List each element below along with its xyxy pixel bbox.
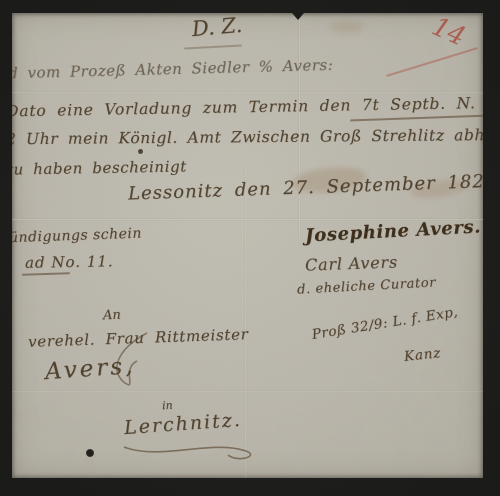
registry-note-line-2: Kanz [403,345,442,365]
paper-edge-notch [292,13,304,20]
signature-curator-title: d. eheliche Curator [297,275,437,297]
address-flourish [107,331,167,391]
lerchnitz-flourish [120,439,280,465]
docket-underline [184,44,242,49]
left-note-underline [22,272,70,275]
letter-photograph: 14 D. Z. d vom Prozeß Akten Siedler % Av… [0,0,500,496]
body-line-3: zu haben bescheinigt [12,157,187,178]
body-line-2: 2 Uhr mein Königl. Amt Zwischen Groß Str… [12,126,483,149]
address-line-in: in [162,399,173,413]
red-crayon-streak [386,47,478,77]
fold-crease-vertical-bottom [244,163,247,478]
left-note-line-2: ad No. 11. [25,252,114,272]
registry-note-line-1: Proß 32/9: L. f. Exp, [311,304,459,343]
left-note-line-1: kündigungs schein [12,226,142,247]
ink-blot [138,149,143,154]
paper-grain-texture [12,13,483,478]
red-folio-number: 14 [427,13,469,52]
fold-crease-horizontal-1 [12,91,483,94]
reference-line: d vom Prozeß Akten Siedler % Avers: [12,56,333,83]
body-line-1-underline [350,115,483,121]
paper-hole [86,449,94,457]
fold-crease-vertical-top [298,13,301,238]
docket-mark: D. Z. [171,13,263,43]
signature-carl-avers: Carl Avers [305,252,399,274]
letter-paper-sheet: 14 D. Z. d vom Prozeß Akten Siedler % Av… [12,13,483,478]
signature-josephine-avers: Josephine Avers. [305,216,482,246]
address-line-lerchnitz: Lerchnitz. [123,409,242,439]
address-line-an: An [103,308,121,324]
stain-top [330,21,364,33]
fold-crease-horizontal-3 [12,390,483,393]
